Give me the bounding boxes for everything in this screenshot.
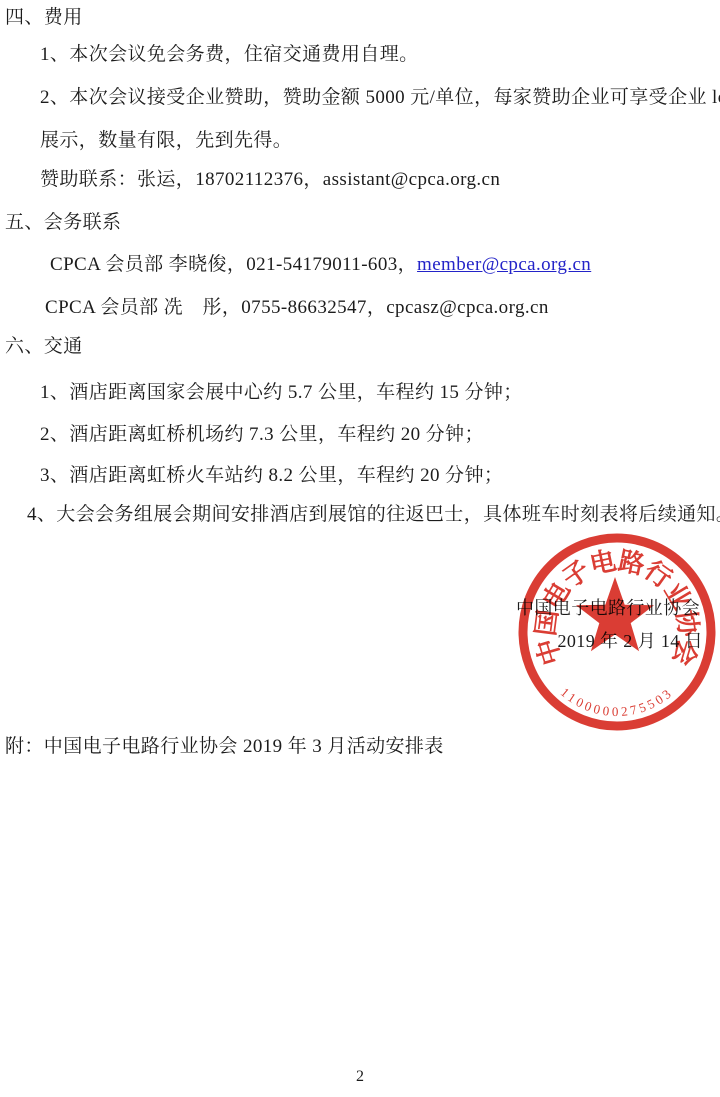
- section-title-contact: 五、会务联系: [5, 212, 121, 234]
- page-number: 2: [0, 1068, 720, 1086]
- fee-item-1: 1、本次会议免会务费，住宿交通费用自理。: [40, 44, 419, 66]
- sponsor-contact-line: 赞助联系：张运，18702112376，assistant@cpca.org.c…: [40, 169, 500, 191]
- seal-star-icon: [576, 577, 654, 651]
- transport-item-4: 4、大会会务组展会期间安排酒店到展馆的往返巴士，具体班车时刻表将后续通知。: [27, 504, 720, 526]
- fee-item-2-line-1: 2、本次会议接受企业赞助，赞助金额 5000 元/单位，每家赞助企业可享受企业 …: [40, 87, 720, 109]
- contact-line-2: CPCA 会员部 冼 彤，0755-86632547，cpcasz@cpca.o…: [45, 297, 549, 319]
- contact-line-1-text: CPCA 会员部 李晓俊，021-54179011-603，: [50, 254, 417, 275]
- section-title-fee: 四、费用: [5, 7, 83, 29]
- transport-item-3: 3、酒店距离虹桥火车站约 8.2 公里，车程约 20 分钟；: [40, 465, 503, 487]
- section-title-transport: 六、交通: [5, 336, 83, 358]
- transport-item-1: 1、酒店距离国家会展中心约 5.7 公里，车程约 15 分钟；: [40, 382, 523, 404]
- fee-item-2-line-2: 展示，数量有限，先到先得。: [40, 130, 292, 152]
- document-page: 四、费用 1、本次会议免会务费，住宿交通费用自理。 2、本次会议接受企业赞助，赞…: [0, 0, 720, 1097]
- attachment-note: 附：中国电子电路行业协会 2019 年 3 月活动安排表: [5, 736, 444, 758]
- official-seal-stamp: 中国电子电路行业协会 1100000275503: [516, 531, 718, 733]
- contact-line-1: CPCA 会员部 李晓俊，021-54179011-603，member@cpc…: [50, 254, 591, 276]
- transport-item-2: 2、酒店距离虹桥机场约 7.3 公里，车程约 20 分钟；: [40, 424, 484, 446]
- member-email-link[interactable]: member@cpca.org.cn: [417, 254, 591, 275]
